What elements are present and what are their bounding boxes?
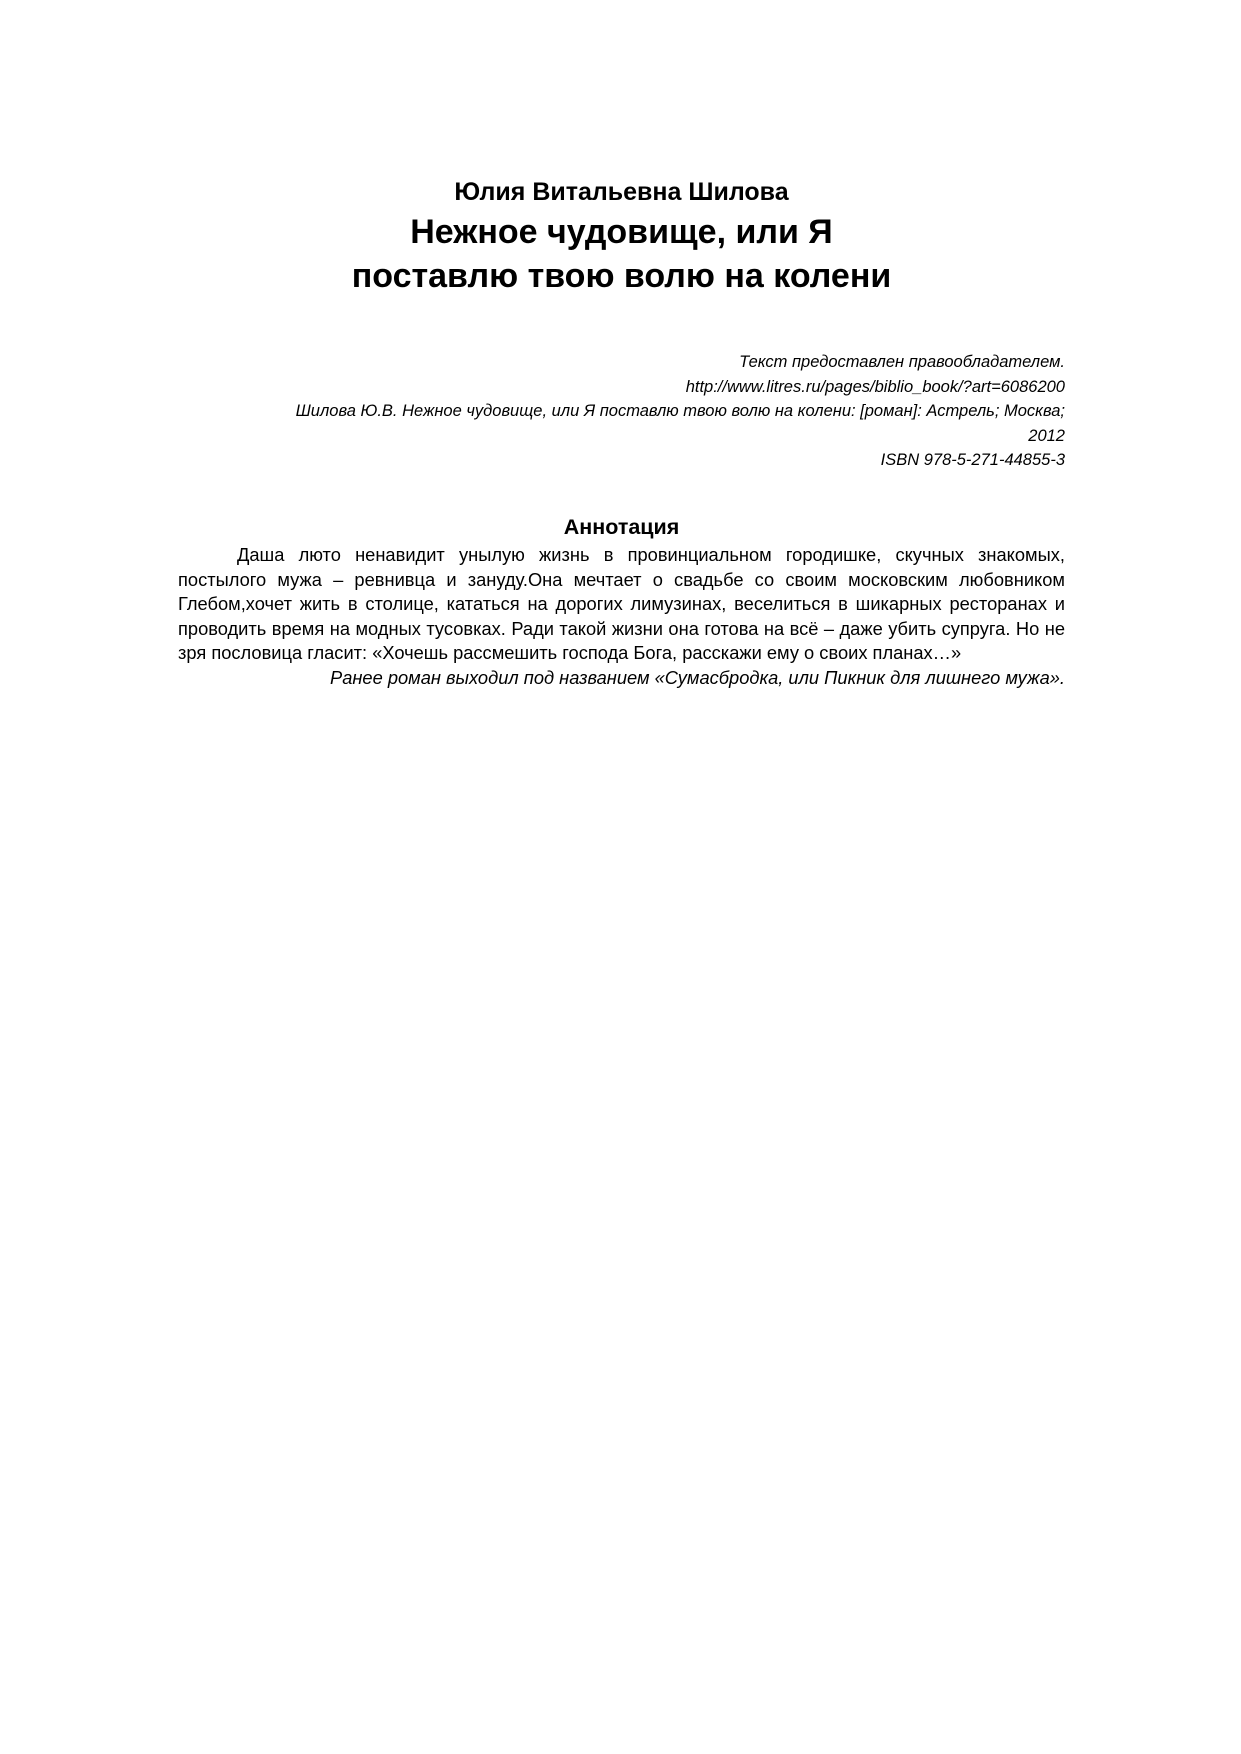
book-title: Нежное чудовище, или Я поставлю твою вол…: [178, 210, 1065, 298]
annotation-body: Даша люто ненавидит унылую жизнь в прови…: [178, 543, 1065, 691]
publication-info: Текст предоставлен правообладателем. htt…: [178, 350, 1065, 473]
book-title-line-1: Нежное чудовище, или Я: [178, 210, 1065, 254]
annotation-heading: Аннотация: [178, 512, 1065, 542]
rights-holder-note: Текст предоставлен правообладателем.: [178, 350, 1065, 375]
book-title-line-2: поставлю твою волю на колени: [178, 254, 1065, 298]
source-link[interactable]: http://www.litres.ru/pages/biblio_book/?…: [178, 375, 1065, 400]
citation-line-2: 2012: [178, 424, 1065, 449]
book-author: Юлия Витальевна Шилова: [178, 176, 1065, 208]
annotation-paragraph: Даша люто ненавидит унылую жизнь в прови…: [178, 543, 1065, 666]
citation-line-1: Шилова Ю.В. Нежное чудовище, или Я поста…: [178, 399, 1065, 424]
annotation-previous-title-note: Ранее роман выходил под названием «Сумас…: [178, 666, 1065, 691]
isbn: ISBN 978-5-271-44855-3: [178, 448, 1065, 473]
